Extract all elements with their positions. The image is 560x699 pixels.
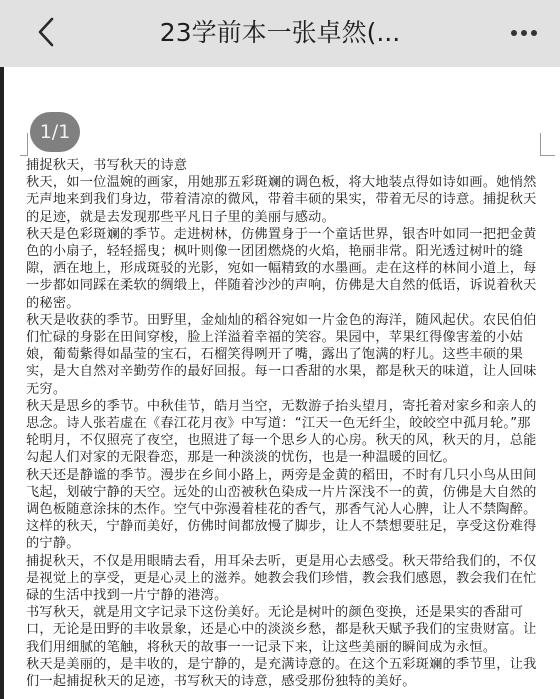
- paragraph: 秋天是思乡的季节。中秋佳节，皓月当空，无数游子抬头望月，寄托着对家乡和亲人的思念…: [26, 398, 542, 467]
- page-indicator: 1/1: [30, 112, 80, 152]
- ellipsis-dot: [531, 30, 537, 36]
- ellipsis-dot: [521, 30, 527, 36]
- document-body: 捕捉秋天，书写秋天的诗意 秋天，如一位温婉的画家，用她那五彩斑斓的调色板，将大地…: [26, 157, 542, 690]
- document-heading: 捕捉秋天，书写秋天的诗意: [26, 157, 542, 174]
- paragraph: 秋天是收获的季节。田野里，金灿灿的稻谷宛如一片金色的海洋，随风起伏。农民伯伯们忙…: [26, 312, 542, 398]
- paragraph: 秋天还是静谧的季节。漫步在乡间小路上，两旁是金黄的稻田，不时有几只小鸟从田间飞起…: [26, 467, 542, 553]
- paragraph: 秋天，如一位温婉的画家，用她那五彩斑斓的调色板，将大地装点得如诗如画。她悄然无声…: [26, 174, 542, 226]
- document-title: 23学前本一张卓然(...: [90, 14, 470, 52]
- chevron-left-icon: [36, 16, 56, 48]
- more-options-button[interactable]: [504, 22, 544, 44]
- paragraph: 书写秋天，就是用文字记录下这份美好。无论是树叶的颜色变换，还是果实的香甜可口，无…: [26, 604, 542, 656]
- page-corner-mark-right: [540, 133, 555, 156]
- ellipsis-horizontal-icon: [511, 30, 517, 36]
- top-bar: 23学前本一张卓然(...: [0, 0, 560, 67]
- paragraph: 秋天是色彩斑斓的季节。走进树林，仿佛置身于一个童话世界，银杏叶如同一把把金黄色的…: [26, 226, 542, 312]
- page-corner-mark-left: [20, 133, 28, 156]
- paragraph: 秋天是美丽的，是丰收的，是宁静的，是充满诗意的。在这个五彩斑斓的季节里，让我们一…: [26, 656, 542, 690]
- paragraph: 捕捉秋天，不仅是用眼睛去看，用耳朵去听，更是用心去感受。秋天带给我们的，不仅是视…: [26, 553, 542, 605]
- back-button[interactable]: [28, 14, 64, 50]
